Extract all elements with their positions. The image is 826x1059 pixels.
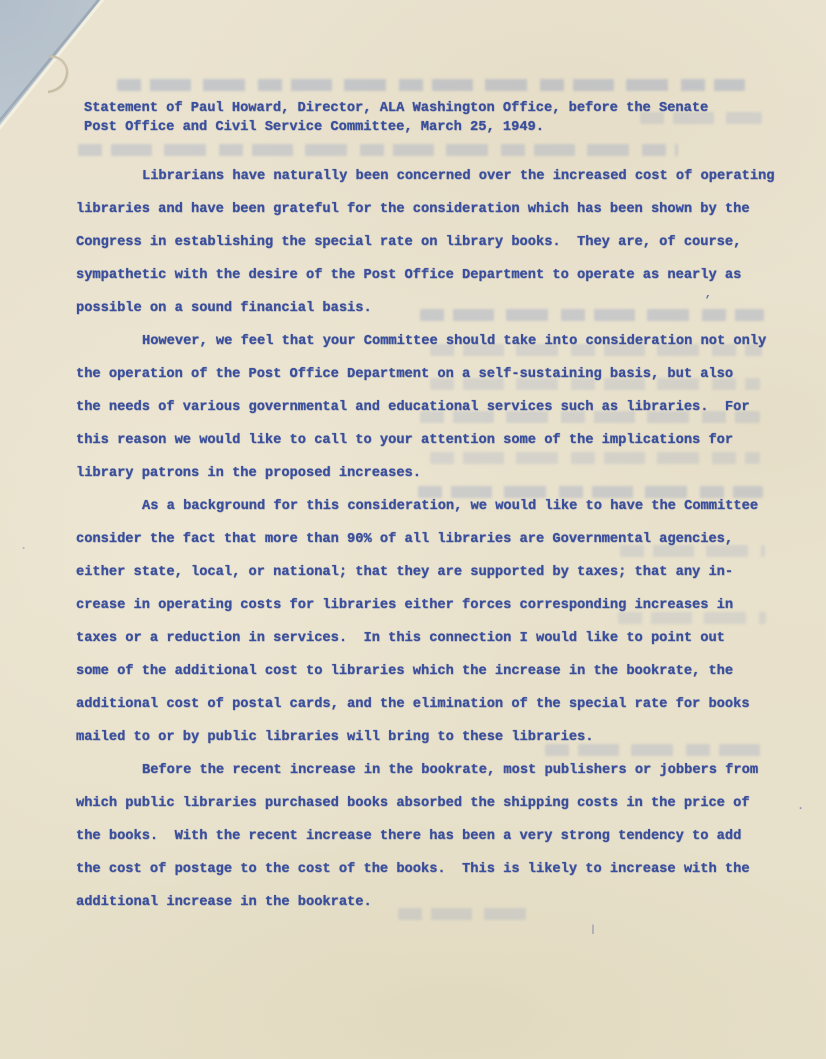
text-line: this reason we would like to call to you… <box>76 424 774 457</box>
text-line: sympathetic with the desire of the Post … <box>76 259 774 292</box>
text-line: crease in operating costs for libraries … <box>76 589 774 622</box>
document-body: Librarians have naturally been concerned… <box>76 160 774 919</box>
text-line: Statement of Paul Howard, Director, ALA … <box>84 100 708 119</box>
document-heading: Statement of Paul Howard, Director, ALA … <box>84 100 708 137</box>
text-line: the operation of the Post Office Departm… <box>76 358 774 391</box>
ghost-text-line <box>78 144 678 156</box>
scan-background: Statement of Paul Howard, Director, ALA … <box>0 0 826 1059</box>
paragraph: As a background for this consideration, … <box>76 490 774 754</box>
text-line: additional increase in the bookrate. <box>76 886 774 919</box>
text-line: possible on a sound financial basis. <box>76 292 774 325</box>
ghost-text-line <box>117 79 745 91</box>
ink-speck: . <box>20 540 27 552</box>
text-line: mailed to or by public libraries will br… <box>76 721 774 754</box>
text-line: Before the recent increase in the bookra… <box>76 754 774 787</box>
text-line: Librarians have naturally been concerned… <box>76 160 774 193</box>
text-line: which public libraries purchased books a… <box>76 787 774 820</box>
text-line: libraries and have been grateful for the… <box>76 193 774 226</box>
paragraph: However, we feel that your Committee sho… <box>76 325 774 490</box>
text-line: the cost of postage to the cost of the b… <box>76 853 774 886</box>
text-line: Congress in establishing the special rat… <box>76 226 774 259</box>
ink-speck: . <box>797 800 804 812</box>
text-line: Post Office and Civil Service Committee,… <box>84 119 708 138</box>
text-line: the needs of various governmental and ed… <box>76 391 774 424</box>
text-line: either state, local, or national; that t… <box>76 556 774 589</box>
text-line: the books. With the recent increase ther… <box>76 820 774 853</box>
paragraph: Before the recent increase in the bookra… <box>76 754 774 919</box>
text-line: consider the fact that more than 90% of … <box>76 523 774 556</box>
ink-speck: | <box>590 925 596 937</box>
text-line: taxes or a reduction in services. In thi… <box>76 622 774 655</box>
text-line: additional cost of postal cards, and the… <box>76 688 774 721</box>
text-line: As a background for this consideration, … <box>76 490 774 523</box>
text-line: library patrons in the proposed increase… <box>76 457 774 490</box>
paragraph: Librarians have naturally been concerned… <box>76 160 774 325</box>
text-line: some of the additional cost to libraries… <box>76 655 774 688</box>
text-line: However, we feel that your Committee sho… <box>76 325 774 358</box>
ink-speck: ’ <box>704 295 711 307</box>
